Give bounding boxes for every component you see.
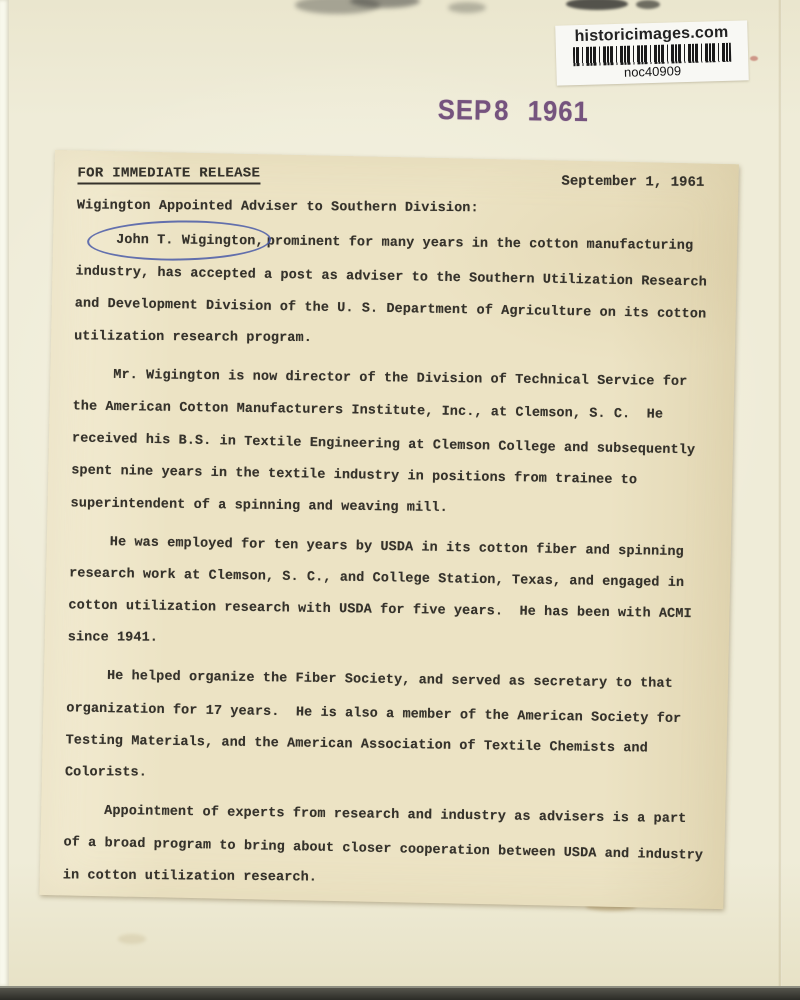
paragraph: Mr. Wigington is now director of the Div…	[70, 359, 718, 533]
paragraph: He helped organize the Fiber Society, an…	[65, 661, 713, 803]
headline: Wigington Appointed Adviser to Southern …	[77, 193, 722, 223]
typed-line: Colorists.	[65, 757, 710, 790]
stamp-month-day: SEP 8	[438, 94, 510, 126]
stamp-year: 1961	[528, 95, 589, 127]
vertical-crease	[778, 0, 782, 986]
barcode-sticker: historicimages.com noc40909	[555, 20, 749, 85]
typed-line: utilization research program.	[74, 321, 719, 358]
release-heading: FOR IMMEDIATE RELEASE	[77, 165, 260, 184]
paragraph: John T. Wigington,prominent for many yea…	[74, 224, 722, 366]
typed-line: since 1941.	[68, 623, 713, 657]
paragraph: He was employed for ten years by USDA in…	[67, 526, 715, 668]
pen-circle-outline	[87, 219, 271, 262]
ink-smudge	[448, 2, 486, 13]
paragraph: Appointment of experts from research and…	[62, 796, 709, 906]
scanned-press-release-photo: historicimages.com noc40909 SEP 81961 FO…	[0, 0, 800, 1000]
release-date: September 1, 1961	[561, 174, 704, 191]
press-release-sheet: FOR IMMEDIATE RELEASE September 1, 1961 …	[39, 150, 738, 909]
received-date-stamp: SEP 81961	[438, 94, 589, 128]
pen-circle: John T. Wigington,	[116, 225, 264, 259]
typed-content: FOR IMMEDIATE RELEASE September 1, 1961 …	[39, 150, 738, 906]
cut-off-text-smudge	[566, 0, 628, 10]
age-stain	[118, 934, 146, 944]
typed-line-text: prominent for many years in the cotton m…	[267, 234, 694, 253]
scan-left-edge	[0, 0, 9, 986]
scan-bottom-edge	[0, 986, 800, 1000]
typed-line: in cotton utilization research.	[63, 860, 708, 898]
red-mark	[750, 56, 758, 61]
cut-off-text-smudge	[636, 0, 660, 9]
